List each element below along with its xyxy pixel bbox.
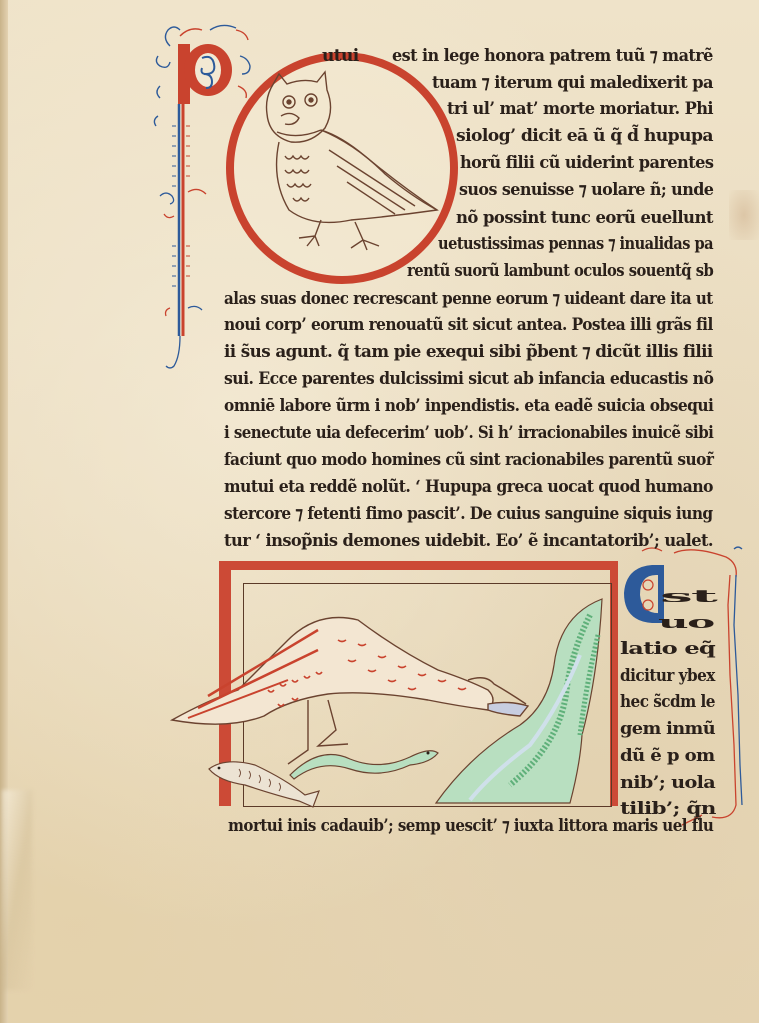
text-line: i senectute uia defecerim’ uob’. Si h’ i…	[224, 421, 713, 445]
text-line: hec s̃cdm le	[620, 690, 715, 714]
text-line: mortui inis cadauib’; semp uescit’ ⁊ iux…	[228, 814, 713, 838]
text-line: ii s̃us agunt. q̃ tam pie exequi sibi p̃…	[224, 340, 713, 364]
text-line: tur ‘ insop̃nis demones uidebit. Eo’ ẽ …	[224, 529, 713, 553]
text-line: stercore ⁊ fetenti fimo pascit’. De cuiu…	[224, 502, 713, 526]
text-line: noui corp’ eorum renouatũ sit sicut ant…	[224, 313, 713, 337]
text-line: uetustissimas pennas ⁊ inualidas pa	[438, 232, 713, 256]
parchment-page: utui est in lege honora patrem tuũ ⁊ ma…	[0, 0, 759, 1023]
fish-drawing	[205, 755, 325, 815]
text-line: tri ul’ mat’ morte moriatur. Phi	[447, 97, 713, 121]
text-line: sui. Ecce parentes dulcissimi sicut ab i…	[224, 367, 713, 391]
text-line: dicitur ybex	[620, 664, 715, 688]
text-line: st	[660, 585, 716, 609]
text-line: horũ filii cũ uiderint parentes	[460, 151, 713, 175]
parchment-crease	[2, 790, 32, 990]
text-line: tuam ⁊ iterum qui maledixerit pa	[432, 71, 713, 95]
owl-drawing	[255, 70, 445, 260]
text-line: utui	[322, 44, 359, 68]
text-line: mutui eta reddẽ nolũt. ‘ Hupupa greca …	[224, 475, 713, 499]
text-line: nõ possint tunc eorũ euellunt	[456, 206, 713, 230]
text-line: suos senuisse ⁊ uolare ñ; unde	[459, 178, 713, 202]
text-line: dũ ẽ p om	[620, 744, 715, 768]
text-line: nib’; uola	[620, 771, 715, 795]
text-line: uo	[658, 611, 714, 635]
text-line: est in lege honora patrem tuũ ⁊ matrẽ	[392, 44, 713, 68]
text-line: rentũ suorũ lambunt oculos souentq̃ sb	[407, 259, 713, 283]
text-line: faciunt quo modo homines cũ sint racion…	[224, 448, 713, 472]
text-line: siolog’ dicit eā ũ q̃ d̃ hupupa	[456, 124, 713, 148]
text-line: gem inmũ	[620, 717, 715, 741]
parchment-stain	[729, 190, 759, 240]
text-line: latio eq̃	[620, 637, 715, 661]
text-line: omniē labore ũrm i nob’ inpendistis. et…	[224, 394, 713, 418]
text-line: alas suas donec recrescant penne eorum ⁊…	[224, 287, 713, 311]
